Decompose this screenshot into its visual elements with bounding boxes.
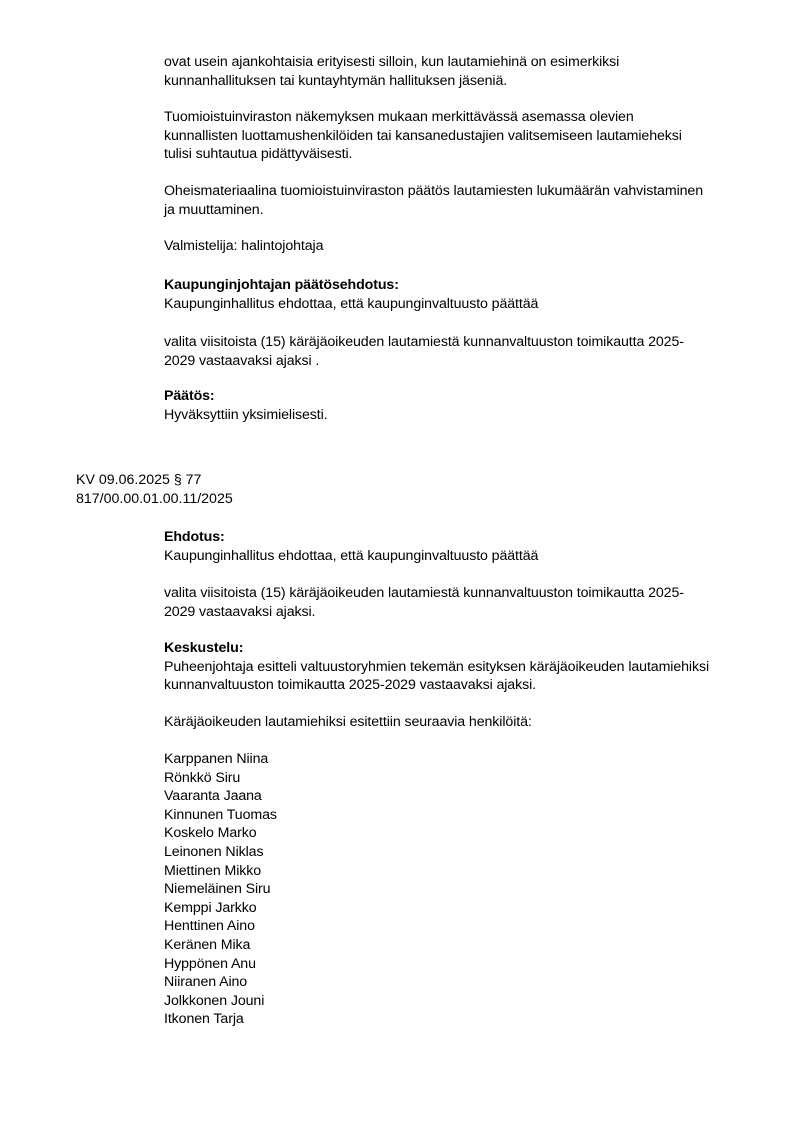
candidate-name: Karppanen Niina xyxy=(164,750,744,769)
candidate-name: Kinnunen Tuomas xyxy=(164,806,744,825)
decision-text: Hyväksyttiin yksimielisesti. xyxy=(164,406,744,425)
candidate-name: Vaaranta Jaana xyxy=(164,787,744,806)
meeting-reference: KV 09.06.2025 § 77 817/00.00.01.00.11/20… xyxy=(76,471,233,508)
candidate-list: Karppanen Niina Rönkkö Siru Vaaranta Jaa… xyxy=(164,750,744,1029)
candidate-name: Itkonen Tarja xyxy=(164,1010,744,1029)
candidate-name: Leinonen Niklas xyxy=(164,843,744,862)
discussion-heading: Keskustelu: xyxy=(164,639,744,658)
council-proposal-heading: Ehdotus: xyxy=(164,528,744,547)
council-proposal: Ehdotus: Kaupunginhallitus ehdottaa, ett… xyxy=(164,528,744,565)
candidate-name: Henttinen Aino xyxy=(164,917,744,936)
intro-paragraph: ovat usein ajankohtaisia erityisesti sil… xyxy=(164,53,744,90)
mayor-proposal: Kaupunginjohtajan päätösehdotus: Kaupung… xyxy=(164,276,744,313)
meeting-ref: KV 09.06.2025 § 77 xyxy=(76,471,233,490)
candidate-name: Kemppi Jarkko xyxy=(164,899,744,918)
intro-line: ovat usein ajankohtaisia erityisesti sil… xyxy=(164,53,744,72)
attachment-line: Oheismateriaalina tuomioistuinviraston p… xyxy=(164,182,744,201)
decision: Päätös: Hyväksyttiin yksimielisesti. xyxy=(164,387,744,424)
candidate-name: Keränen Mika xyxy=(164,936,744,955)
opinion-line: kunnallisten luottamushenkilöiden tai ka… xyxy=(164,127,744,146)
council-proposal-detail: valita viisitoista (15) käräjäoikeuden l… xyxy=(164,584,744,621)
candidate-name: Rönkkö Siru xyxy=(164,769,744,788)
mayor-proposal-detail: valita viisitoista (15) käräjäoikeuden l… xyxy=(164,333,744,370)
candidates-intro: Käräjäoikeuden lautamiehiksi esitettiin … xyxy=(164,713,744,732)
intro-line: kunnanhallituksen tai kuntayhtymän halli… xyxy=(164,72,744,91)
candidate-name: Miettinen Mikko xyxy=(164,862,744,881)
decision-heading: Päätös: xyxy=(164,387,744,406)
opinion-paragraph: Tuomioistuinviraston näkemyksen mukaan m… xyxy=(164,108,744,164)
candidate-name: Koskelo Marko xyxy=(164,824,744,843)
council-proposal-text: Kaupunginhallitus ehdottaa, että kaupung… xyxy=(164,547,744,566)
opinion-line: Tuomioistuinviraston näkemyksen mukaan m… xyxy=(164,108,744,127)
candidate-name: Niiranen Aino xyxy=(164,973,744,992)
attachment-paragraph: Oheismateriaalina tuomioistuinviraston p… xyxy=(164,182,744,219)
attachment-line: ja muuttaminen. xyxy=(164,201,744,220)
document-page: ovat usein ajankohtaisia erityisesti sil… xyxy=(0,0,794,1122)
candidate-name: Hyppönen Anu xyxy=(164,955,744,974)
opinion-line: tulisi suhtautua pidättyväisesti. xyxy=(164,145,744,164)
mayor-proposal-text: Kaupunginhallitus ehdottaa, että kaupung… xyxy=(164,295,744,314)
mayor-proposal-heading: Kaupunginjohtajan päätösehdotus: xyxy=(164,276,744,295)
candidate-name: Niemeläinen Siru xyxy=(164,880,744,899)
discussion: Keskustelu: Puheenjohtaja esitteli valtu… xyxy=(164,639,744,695)
preparer-line: Valmistelija: halintojohtaja xyxy=(164,237,744,256)
candidate-name: Jolkkonen Jouni xyxy=(164,992,744,1011)
record-id: 817/00.00.01.00.11/2025 xyxy=(76,490,233,509)
